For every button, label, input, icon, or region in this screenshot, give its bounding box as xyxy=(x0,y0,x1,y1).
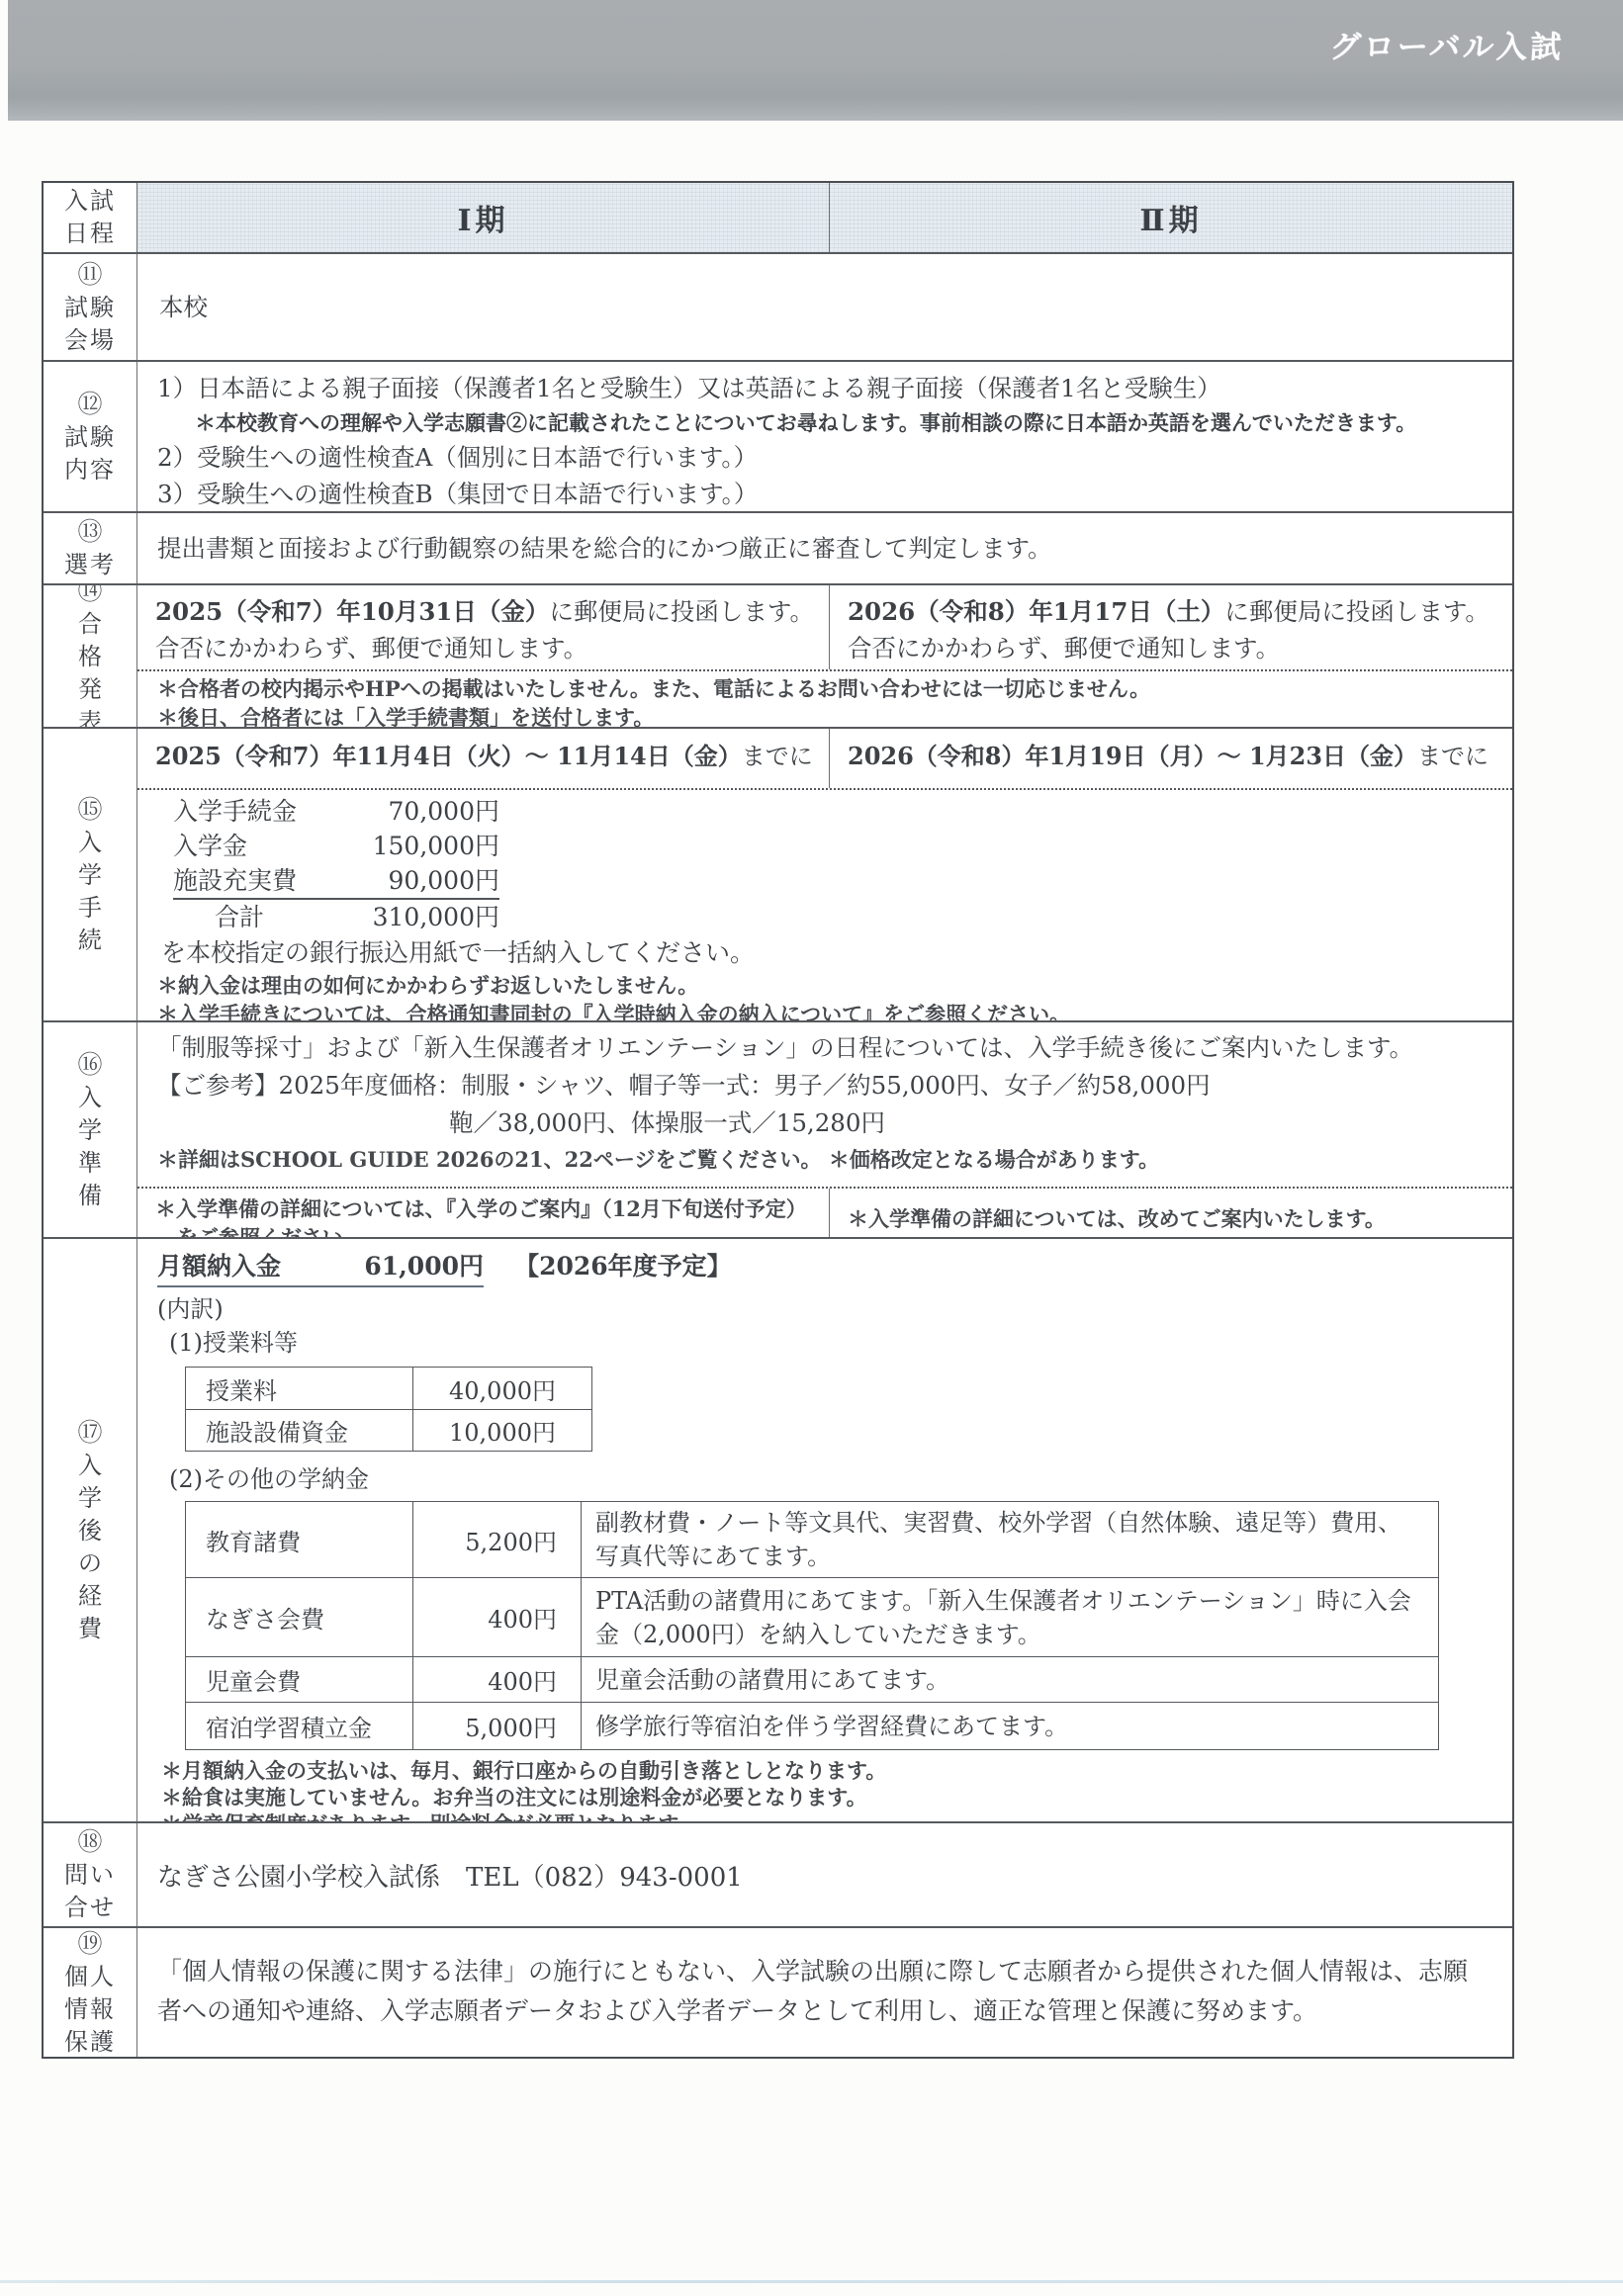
other-fee-desc: 児童会活動の諸費用にあてます。 xyxy=(582,1657,1438,1702)
monthly-payment-note: 【2026年度予定】 xyxy=(514,1252,732,1280)
row-selection: ⑬ 選考 提出書類と面接および行動観察の結果を総合的にかつ厳正に審査して判定しま… xyxy=(44,511,1512,583)
results-period2-rest: に郵便局に投函します。 xyxy=(1224,597,1489,626)
other-fee-desc: PTA活動の諸費用にあてます。「新入生保護者オリエンテーション」時に入会金（2,… xyxy=(582,1578,1438,1656)
expenses-label-char: 学 xyxy=(78,1482,102,1515)
inquiry-contact: なぎさ公園小学校入試係 TEL（082）943-0001 xyxy=(157,1857,743,1894)
other-fee-row: 児童会費 400円 児童会活動の諸費用にあてます。 xyxy=(186,1656,1438,1702)
venue-label: ⑪ 試験 会場 xyxy=(44,254,137,360)
preparation-label-char: 学 xyxy=(78,1114,102,1147)
tuition-label: 施設設備資金 xyxy=(186,1410,413,1451)
fee-row: 入学金 150,000円 xyxy=(173,829,499,863)
tuition-row: 授業料 40,000円 xyxy=(186,1368,591,1409)
venue-number: ⑪ xyxy=(77,258,102,292)
expenses-label: ⑰ 入 学 後 の 経 費 xyxy=(44,1239,137,1821)
inquiry-label-line: 合せ xyxy=(64,1892,116,1924)
venue-label-line: 会場 xyxy=(64,324,116,357)
results-notes: ＊合格者の校内掲示やHPへの掲載はいたしません。また、電話によるお問い合わせには… xyxy=(137,669,1512,727)
selection-label: ⑬ 選考 xyxy=(44,513,137,583)
fee-total-label: 合計 xyxy=(215,900,373,935)
expenses-label-char: 入 xyxy=(78,1450,102,1482)
results-note-2: ＊後日、合格者には「入学手続書類」を送付します。 xyxy=(157,703,1498,727)
page-bottom-rule xyxy=(0,2280,1623,2283)
preparation-note1-post: をご参照ください。 xyxy=(155,1223,815,1237)
expenses-note-3: ＊学童保育制度があります。別途料金が必要となります。 xyxy=(161,1810,1498,1821)
procedure-label: ⑮ 入 学 手 続 xyxy=(44,729,137,1020)
preparation-info: 「制服等採寸」および「新入生保護者オリエンテーション」の日程については、入学手続… xyxy=(137,1022,1512,1187)
exam-item-2: 2）受験生への適性検査A（個別に日本語で行います。） xyxy=(157,439,1498,476)
results-label-char: 格 xyxy=(78,641,102,673)
admissions-table: 入試 日程 Ⅰ期 Ⅱ期 ⑪ 試験 会場 本校 ⑫ 試験 内容 1）日本語による親… xyxy=(42,181,1514,2059)
preparation-note1-pre: ＊入学準備の詳細については、『入学のご案内』 xyxy=(155,1196,601,1221)
expenses-label-char: 経 xyxy=(78,1580,102,1613)
expenses-label-char: 後 xyxy=(78,1515,102,1547)
selection-number: ⑬ xyxy=(77,515,102,549)
row-expenses: ⑰ 入 学 後 の 経 費 月額納入金 61,000円 【2026年度予定】 (… xyxy=(44,1237,1512,1821)
results-period1-rest: に郵便局に投函します。 xyxy=(549,597,814,626)
procedure-deadline1-date: 2025（令和7）年11月4日（火）～ 11月14日（金） xyxy=(155,742,742,770)
results-label-char: 合 xyxy=(78,608,102,641)
privacy-label-line: 情報 xyxy=(64,1993,116,2026)
venue-label-line: 試験 xyxy=(64,292,116,324)
preparation-line-3: 鞄／38,000円、体操服一式／15,280円 xyxy=(157,1104,1498,1142)
fee-total-row: 合計 310,000円 xyxy=(173,898,499,935)
section2-title: (2)その他の学納金 xyxy=(169,1463,1498,1495)
fee-label: 入学手続金 xyxy=(173,794,297,829)
period-headers: Ⅰ期 Ⅱ期 xyxy=(137,183,1512,252)
results-period1-date: 2025（令和7）年10月31日（金） xyxy=(155,597,549,626)
privacy-text: 「個人情報の保護に関する法律」の施行にともない、入学試験の出願に際して志願者から… xyxy=(157,1957,1468,2025)
procedure-details: 入学手続金 70,000円 入学金 150,000円 施設充実費 90,000円… xyxy=(137,788,1512,1020)
privacy-number: ⑲ xyxy=(77,1927,102,1961)
inquiry-label: ⑱ 問い 合せ xyxy=(44,1823,137,1926)
row-procedure: ⑮ 入 学 手 続 2025（令和7）年11月4日（火）～ 11月14日（金）ま… xyxy=(44,727,1512,1020)
preparation-note-period2: ＊入学準備の詳細については、改めてご案内いたします。 xyxy=(829,1189,1512,1237)
preparation-line-1: 「制服等採寸」および「新入生保護者オリエンテーション」の日程については、入学手続… xyxy=(157,1029,1498,1067)
tuition-amount: 40,000円 xyxy=(413,1368,591,1409)
procedure-deadline-period2: 2026（令和8）年1月19日（月）～ 1月23日（金）までに xyxy=(829,729,1512,788)
preparation-label: ⑯ 入 学 準 備 xyxy=(44,1022,137,1237)
tuition-table: 授業料 40,000円 施設設備資金 10,000円 xyxy=(185,1367,592,1452)
fee-amount: 90,000円 xyxy=(389,863,499,898)
privacy-label-line: 個人 xyxy=(64,1961,116,1993)
other-fee-desc: 副教材費・ノート等文具代、実習費、校外学習（自然体験、遠足等）費用、写真代等にあ… xyxy=(582,1502,1438,1577)
results-number: ⑭ xyxy=(77,583,102,608)
procedure-deadline2-date: 2026（令和8）年1月19日（月）～ 1月23日（金） xyxy=(848,742,1417,770)
exam-item-1: 1）日本語による親子面接（保護者1名と受験生）又は英語による親子面接（保護者1名… xyxy=(157,370,1498,406)
other-fee-amount: 5,000円 xyxy=(413,1703,582,1749)
inquiry-label-line: 問い xyxy=(64,1859,116,1892)
monthly-payment-amount: 61,000円 xyxy=(364,1247,484,1282)
exam-label-line: 試験 xyxy=(64,421,116,454)
monthly-payment-line: 月額納入金 61,000円 【2026年度予定】 xyxy=(157,1247,1498,1287)
preparation-note1-schedule: （12月下旬送付予定） xyxy=(601,1196,807,1221)
procedure-deadline2-suffix: までに xyxy=(1417,743,1488,770)
exam-number: ⑫ xyxy=(77,388,102,421)
section1-title: (1)授業料等 xyxy=(169,1327,1498,1359)
tuition-label: 授業料 xyxy=(186,1368,413,1409)
fee-label: 入学金 xyxy=(173,829,247,863)
row-results: ⑭ 合 格 発 表 2025（令和7）年10月31日（金）に郵便局に投函します。… xyxy=(44,583,1512,727)
row-preparation: ⑯ 入 学 準 備 「制服等採寸」および「新入生保護者オリエンテーション」の日程… xyxy=(44,1020,1512,1237)
fee-total-amount: 310,000円 xyxy=(373,900,499,935)
exam-item-3: 3）受験生への適性検査B（集団で日本語で行います。） xyxy=(157,476,1498,511)
period1-header: Ⅰ期 xyxy=(137,183,829,252)
tuition-amount: 10,000円 xyxy=(413,1410,591,1451)
row-venue: ⑪ 試験 会場 本校 xyxy=(44,252,1512,360)
preparation-note-period1: ＊入学準備の詳細については、『入学のご案内』（12月下旬送付予定） をご参照くだ… xyxy=(137,1189,829,1237)
row-exam-content: ⑫ 試験 内容 1）日本語による親子面接（保護者1名と受験生）又は英語による親子… xyxy=(44,360,1512,511)
other-fee-row: 宿泊学習積立金 5,000円 修学旅行等宿泊を伴う学習経費にあてます。 xyxy=(186,1702,1438,1749)
results-period2: 2026（令和8）年1月17日（土）に郵便局に投函します。 合否にかかわらず、郵… xyxy=(829,585,1512,669)
exam-subnote: ＊本校教育への理解や入学志願書②に記載されたことについてお尋ねします。事前相談の… xyxy=(157,406,1498,439)
page: { "banner": { "title": "グローバル入試" }, "hea… xyxy=(0,0,1623,2296)
header-label-line: 入試 xyxy=(64,185,116,218)
fee-amount: 150,000円 xyxy=(373,829,499,863)
expenses-label-char: 費 xyxy=(78,1613,102,1645)
monthly-payment-label: 月額納入金 xyxy=(157,1247,281,1282)
results-period1: 2025（令和7）年10月31日（金）に郵便局に投函します。 合否にかかわらず、… xyxy=(137,585,829,669)
fee-amount: 70,000円 xyxy=(389,794,499,829)
results-period1-line2: 合否にかかわらず、郵便で通知します。 xyxy=(155,630,815,666)
preparation-label-char: 入 xyxy=(78,1082,102,1114)
preparation-number: ⑯ xyxy=(77,1048,102,1082)
expenses-notes: ＊月額納入金の支払いは、毎月、銀行口座からの自動引き落としとなります。 ＊給食は… xyxy=(161,1757,1498,1821)
row-privacy: ⑲ 個人 情報 保護 「個人情報の保護に関する法律」の施行にともない、入学試験の… xyxy=(44,1926,1512,2057)
other-fee-label: 宿泊学習積立金 xyxy=(186,1703,413,1749)
results-period2-line2: 合否にかかわらず、郵便で通知します。 xyxy=(848,630,1498,666)
fee-label: 施設充実費 xyxy=(173,863,297,898)
row-inquiry: ⑱ 問い 合せ なぎさ公園小学校入試係 TEL（082）943-0001 xyxy=(44,1821,1512,1926)
procedure-label-char: 入 xyxy=(78,827,102,859)
other-fees-table: 教育諸費 5,200円 副教材費・ノート等文具代、実習費、校外学習（自然体験、遠… xyxy=(185,1501,1439,1750)
exam-label-line: 内容 xyxy=(64,454,116,486)
results-label: ⑭ 合 格 発 表 xyxy=(44,585,137,727)
header-label-line: 日程 xyxy=(64,218,116,250)
other-fee-amount: 5,200円 xyxy=(413,1502,582,1577)
page-banner: グローバル入試 xyxy=(8,0,1623,121)
procedure-label-char: 続 xyxy=(78,925,102,957)
expenses-note-1: ＊月額納入金の支払いは、毎月、銀行口座からの自動引き落としとなります。 xyxy=(161,1757,1498,1784)
procedure-fee-table: 入学手続金 70,000円 入学金 150,000円 施設充実費 90,000円… xyxy=(173,794,499,935)
preparation-label-char: 準 xyxy=(78,1147,102,1180)
other-fee-amount: 400円 xyxy=(413,1578,582,1656)
fee-row: 施設充実費 90,000円 xyxy=(173,863,499,898)
venue-text: 本校 xyxy=(159,289,208,326)
results-note-1: ＊合格者の校内掲示やHPへの掲載はいたしません。また、電話によるお問い合わせには… xyxy=(157,674,1498,703)
inquiry-number: ⑱ xyxy=(77,1825,102,1859)
procedure-instruction: を本校指定の銀行振込用紙で一括納入してください。 xyxy=(161,935,1498,971)
exam-label: ⑫ 試験 内容 xyxy=(44,362,137,511)
other-fee-amount: 400円 xyxy=(413,1657,582,1702)
preparation-line-2: 【ご参考】2025年度価格：制服・シャツ、帽子等一式：男子／約55,000円、女… xyxy=(157,1067,1498,1104)
procedure-number: ⑮ xyxy=(77,793,102,827)
procedure-note-1: ＊納入金は理由の如何にかかわらずお返しいたしません。 xyxy=(157,971,1498,1000)
expenses-label-char: の xyxy=(78,1547,102,1580)
other-fee-desc: 修学旅行等宿泊を伴う学習経費にあてます。 xyxy=(582,1703,1438,1749)
selection-label-line: 選考 xyxy=(64,549,116,581)
fee-row: 入学手続金 70,000円 xyxy=(173,794,499,829)
expenses-note-2: ＊給食は実施していません。お弁当の注文には別途料金が必要となります。 xyxy=(161,1784,1498,1810)
privacy-label: ⑲ 個人 情報 保護 xyxy=(44,1928,137,2057)
preparation-notes: ＊入学準備の詳細については、『入学のご案内』（12月下旬送付予定） をご参照くだ… xyxy=(137,1187,1512,1237)
period2-header: Ⅱ期 xyxy=(829,183,1512,252)
preparation-line-4: ＊詳細はSCHOOL GUIDE 2026の21、22ページをご覧ください。 ＊… xyxy=(157,1142,1498,1178)
other-fee-label: 教育諸費 xyxy=(186,1502,413,1577)
privacy-label-line: 保護 xyxy=(64,2026,116,2058)
banner-title: グローバル入試 xyxy=(1328,22,1566,66)
other-fee-label: 児童会費 xyxy=(186,1657,413,1702)
procedure-deadline1-suffix: までに xyxy=(742,743,813,770)
expenses-number: ⑰ xyxy=(77,1416,102,1450)
selection-text: 提出書類と面接および行動観察の結果を総合的にかつ厳正に審査して判定します。 xyxy=(157,530,1052,568)
header-label: 入試 日程 xyxy=(44,183,137,252)
results-label-char: 発 xyxy=(78,673,102,706)
procedure-label-char: 学 xyxy=(78,859,102,892)
other-fee-row: 教育諸費 5,200円 副教材費・ノート等文具代、実習費、校外学習（自然体験、遠… xyxy=(186,1502,1438,1577)
breakdown-label: (内訳) xyxy=(157,1293,1498,1325)
tuition-row: 施設設備資金 10,000円 xyxy=(186,1409,591,1451)
procedure-note-2: ＊入学手続きについては、合格通知書同封の『入学時納入金の納入について』をご参照く… xyxy=(157,1000,1498,1020)
other-fee-row: なぎさ会費 400円 PTA活動の諸費用にあてます。「新入生保護者オリエンテーシ… xyxy=(186,1577,1438,1656)
preparation-note2-text: ＊入学準備の詳細については、改めてご案内いたします。 xyxy=(848,1204,1386,1233)
procedure-label-char: 手 xyxy=(78,892,102,925)
other-fee-label: なぎさ会費 xyxy=(186,1578,413,1656)
procedure-deadline-period1: 2025（令和7）年11月4日（火）～ 11月14日（金）までに xyxy=(137,729,829,788)
preparation-label-char: 備 xyxy=(78,1180,102,1212)
results-label-char: 表 xyxy=(78,706,102,728)
header-row: 入試 日程 Ⅰ期 Ⅱ期 xyxy=(44,183,1512,252)
results-period2-date: 2026（令和8）年1月17日（土） xyxy=(848,597,1224,626)
